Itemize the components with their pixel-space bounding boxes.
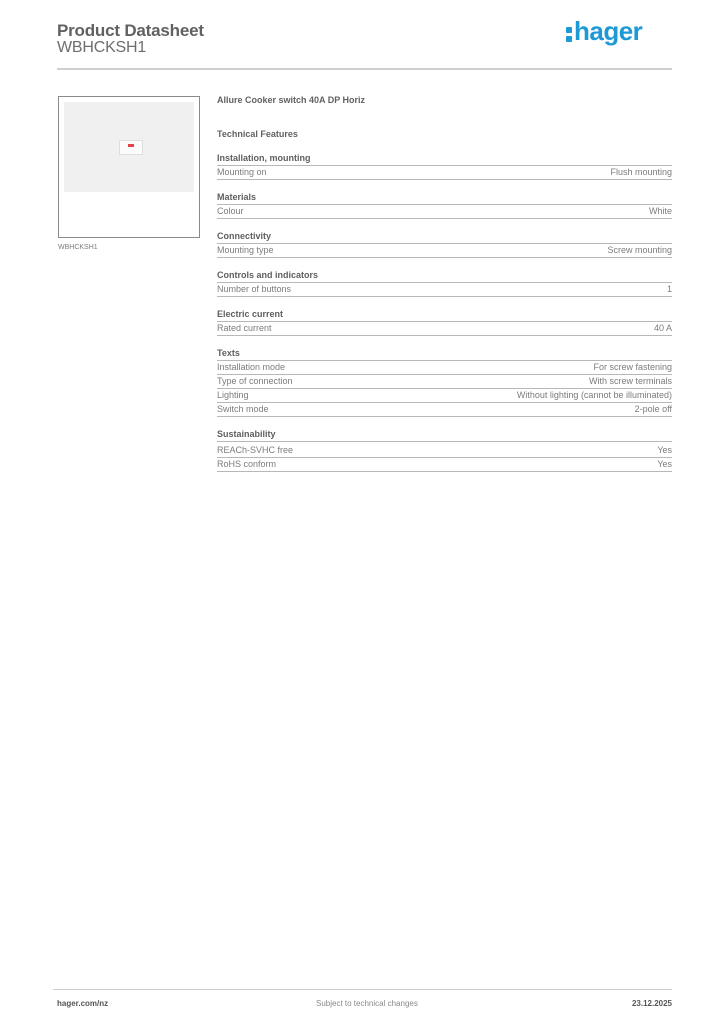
- section-title: Materials: [217, 192, 672, 205]
- feature-value: For screw fastening: [593, 361, 672, 374]
- feature-row: Number of buttons1: [217, 283, 672, 297]
- section-title: Sustainability: [217, 429, 672, 442]
- feature-section: ConnectivityMounting typeScrew mounting: [217, 231, 672, 258]
- feature-row: LightingWithout lighting (cannot be illu…: [217, 389, 672, 403]
- feature-row: Mounting typeScrew mounting: [217, 244, 672, 258]
- feature-row: ColourWhite: [217, 205, 672, 219]
- feature-value: 1: [667, 283, 672, 296]
- feature-row: REACh-SVHC freeYes: [217, 444, 672, 458]
- feature-section: MaterialsColourWhite: [217, 192, 672, 219]
- feature-row: Mounting onFlush mounting: [217, 166, 672, 180]
- feature-label: Mounting type: [217, 244, 274, 257]
- logo-text: hager: [574, 16, 642, 46]
- product-name: Allure Cooker switch 40A DP Horiz: [217, 95, 672, 109]
- feature-value: Yes: [657, 458, 672, 471]
- feature-label: Colour: [217, 205, 244, 218]
- technical-features-title: Technical Features: [217, 129, 672, 141]
- feature-label: Installation mode: [217, 361, 285, 374]
- feature-section: Controls and indicatorsNumber of buttons…: [217, 270, 672, 297]
- section-title: Connectivity: [217, 231, 672, 244]
- feature-section: Electric currentRated current40 A: [217, 309, 672, 336]
- footer-divider: [53, 989, 672, 990]
- feature-label: Number of buttons: [217, 283, 291, 296]
- footer-notice: Subject to technical changes: [316, 999, 418, 1008]
- product-image: [58, 96, 200, 238]
- feature-section: TextsInstallation modeFor screw fastenin…: [217, 348, 672, 417]
- image-caption: WBHCKSH1: [58, 244, 98, 251]
- product-code: WBHCKSH1: [57, 39, 146, 57]
- footer-website[interactable]: hager.com/nz: [57, 999, 108, 1008]
- section-title: Texts: [217, 348, 672, 361]
- feature-value: 40 A: [654, 322, 672, 335]
- footer-date: 23.12.2025: [632, 999, 672, 1008]
- feature-value: With screw terminals: [589, 375, 672, 388]
- hager-logo: hager: [566, 16, 642, 47]
- feature-row: Type of connectionWith screw terminals: [217, 375, 672, 389]
- feature-label: Mounting on: [217, 166, 267, 179]
- feature-section: SustainabilityREACh-SVHC freeYesRoHS con…: [217, 429, 672, 472]
- section-title: Electric current: [217, 309, 672, 322]
- feature-row: Installation modeFor screw fastening: [217, 361, 672, 375]
- switch-rocker: [119, 140, 143, 155]
- feature-label: REACh-SVHC free: [217, 444, 293, 457]
- features-panel: Allure Cooker switch 40A DP Horiz Techni…: [217, 95, 672, 472]
- section-title: Controls and indicators: [217, 270, 672, 283]
- feature-value: 2-pole off: [635, 403, 672, 416]
- feature-label: Rated current: [217, 322, 272, 335]
- header-divider: [57, 68, 672, 70]
- feature-value: Yes: [657, 444, 672, 457]
- section-title: Installation, mounting: [217, 153, 672, 166]
- feature-row: Switch mode2-pole off: [217, 403, 672, 417]
- feature-value: Without lighting (cannot be illuminated): [517, 389, 672, 402]
- switch-plate: [64, 102, 194, 192]
- led-indicator-icon: [128, 144, 134, 147]
- feature-label: Type of connection: [217, 375, 293, 388]
- feature-row: Rated current40 A: [217, 322, 672, 336]
- feature-value: Flush mounting: [610, 166, 672, 179]
- logo-dots-icon: [566, 24, 572, 42]
- feature-sections: Installation, mountingMounting onFlush m…: [217, 153, 672, 472]
- feature-section: Installation, mountingMounting onFlush m…: [217, 153, 672, 180]
- feature-value: White: [649, 205, 672, 218]
- document-title: Product Datasheet: [57, 21, 204, 41]
- feature-value: Screw mounting: [607, 244, 672, 257]
- feature-row: RoHS conformYes: [217, 458, 672, 472]
- feature-label: RoHS conform: [217, 458, 276, 471]
- feature-label: Switch mode: [217, 403, 269, 416]
- feature-label: Lighting: [217, 389, 249, 402]
